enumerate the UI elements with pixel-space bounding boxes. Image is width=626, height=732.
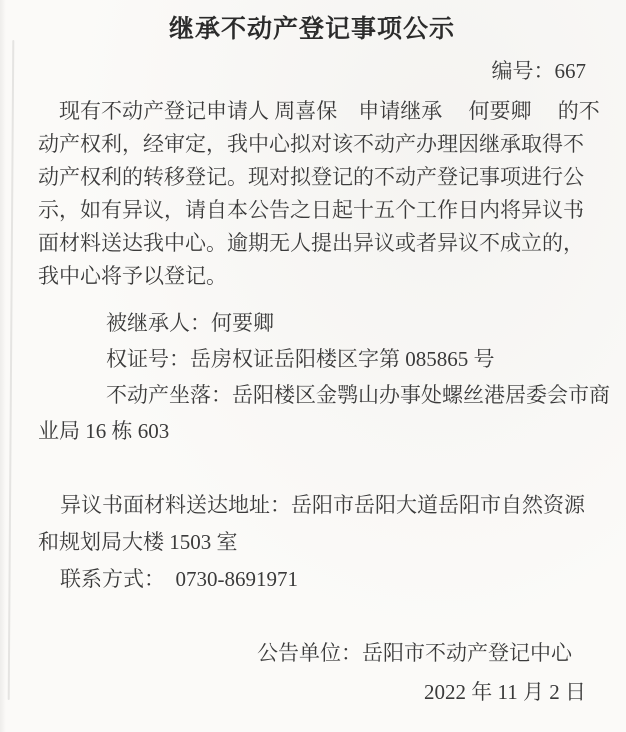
- delivery-address-line-2: 和规划局大楼 1503 室: [38, 524, 586, 561]
- objection-delivery-block: 异议书面材料送达地址：岳阳市岳阳大道岳阳市自然资源 和规划局大楼 1503 室 …: [38, 487, 586, 598]
- body-line: 我中心将予以登记。: [38, 260, 586, 293]
- notice-footer: 公告单位：岳阳市不动产登记中心 2022 年 11 月 2 日: [38, 634, 586, 712]
- item-line: 被继承人：何要卿: [38, 305, 586, 341]
- item-line: 不动产坐落：岳阳楼区金鹗山办事处螺丝港居委会市商: [38, 377, 586, 413]
- registration-item-lines: 被继承人：何要卿权证号：岳房权证岳阳楼区字第 085865 号不动产坐落：岳阳楼…: [38, 305, 586, 413]
- body-line: 现有不动产登记申请人 周喜保 申请继承 何要卿 的不: [38, 95, 586, 128]
- announcement-date: 2022 年 11 月 2 日: [38, 673, 586, 712]
- notice-title: 继承不动产登记事项公示: [38, 12, 586, 48]
- body-line: 示，如有异议，请自本公告之日起十五个工作日内将异议书: [38, 194, 586, 227]
- contact-line: 联系方式： 0730-8691971: [38, 561, 586, 598]
- item-line: 权证号：岳房权证岳阳楼区字第 085865 号: [38, 341, 586, 377]
- doc-number: 编号：667: [38, 56, 586, 86]
- body-line: 动产权利的转移登记。现对拟登记的不动产登记事项进行公: [38, 161, 586, 194]
- announcing-unit: 公告单位：岳阳市不动产登记中心: [38, 634, 586, 673]
- delivery-address-line-1: 异议书面材料送达地址：岳阳市岳阳大道岳阳市自然资源: [38, 487, 586, 524]
- body-line: 面材料送达我中心。逾期无人提出异议或者异议不成立的，: [38, 227, 586, 260]
- notice-content: 继承不动产登记事项公示 编号：667 现有不动产登记申请人 周喜保 申请继承 何…: [0, 0, 626, 712]
- body-line: 动产权利，经审定，我中心拟对该不动产办理因继承取得不: [38, 128, 586, 161]
- notice-body-paragraph: 现有不动产登记申请人 周喜保 申请继承 何要卿 的不动产权利，经审定，我中心拟对…: [38, 95, 586, 293]
- property-location-wrap-line: 业局 16 栋 603: [38, 413, 586, 449]
- scanned-notice-page: 继承不动产登记事项公示 编号：667 现有不动产登记申请人 周喜保 申请继承 何…: [0, 0, 626, 732]
